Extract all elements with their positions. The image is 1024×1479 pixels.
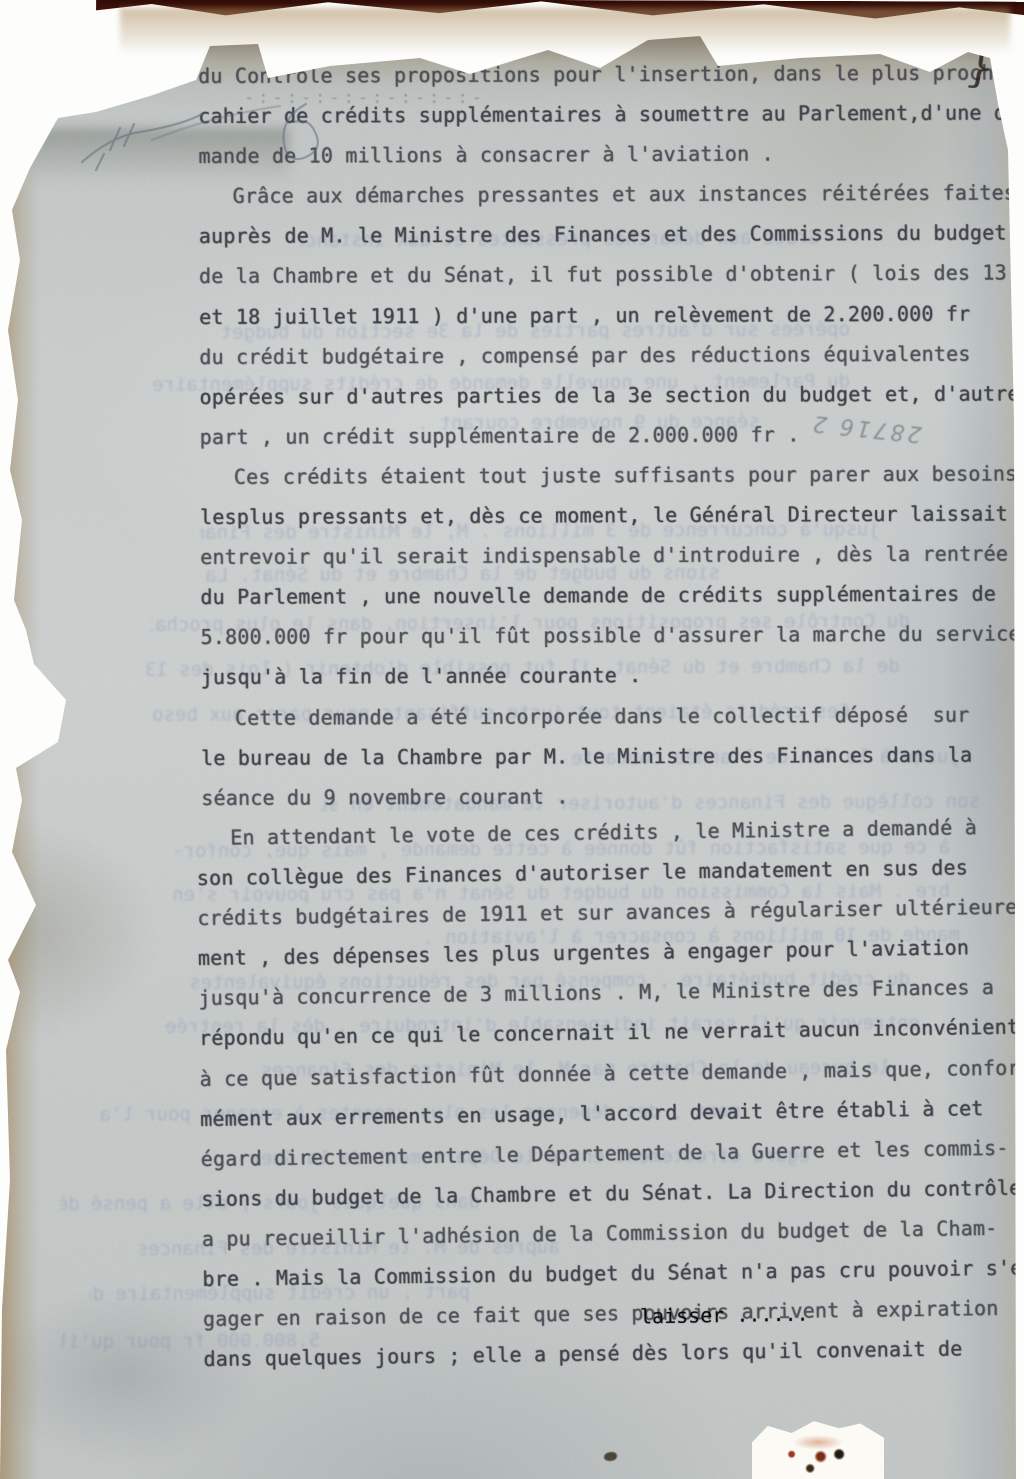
scanned-document-page: Grâce aux démarches pressantes et aux in… <box>0 0 1024 1479</box>
paper-damage-patch <box>752 1420 884 1479</box>
paper-sheet: Grâce aux démarches pressantes et aux in… <box>0 0 1024 1479</box>
pencil-scribble-annotation <box>0 0 1024 1479</box>
